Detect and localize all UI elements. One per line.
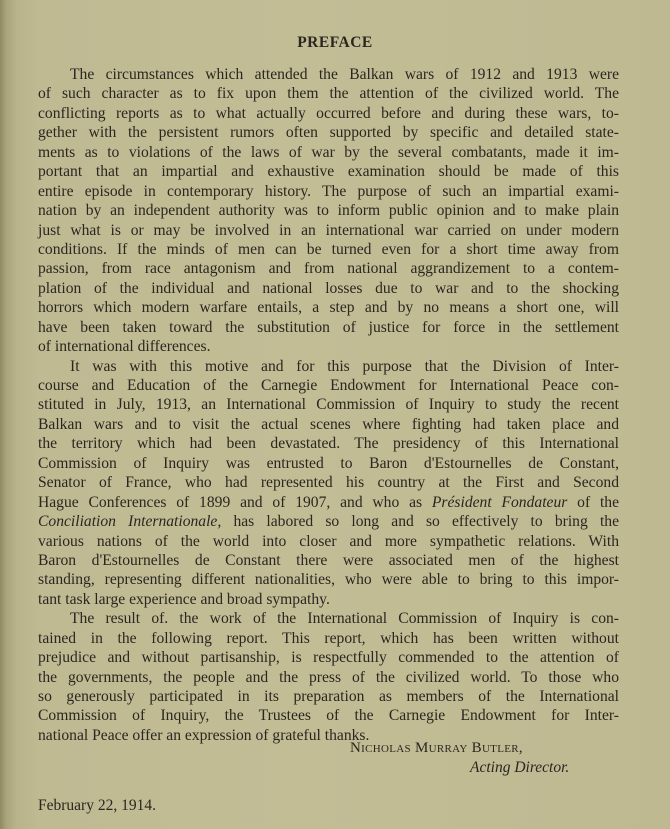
text-line: horrors which modern warfare entails, a … bbox=[38, 298, 619, 317]
text-line: Baron d'Estournelles de Constant there w… bbox=[38, 551, 619, 570]
scanned-page: PREFACE The circumstances which attended… bbox=[0, 0, 670, 829]
text-line: have been taken toward the substitution … bbox=[38, 318, 619, 337]
text-line: national Peace offer an expression of gr… bbox=[38, 726, 619, 745]
text-line: gether with the persistent rumors often … bbox=[38, 123, 619, 142]
text-line: the governments, the people and the pres… bbox=[38, 668, 619, 687]
text-line: Commission of Inquiry was entrusted to B… bbox=[38, 454, 619, 473]
text-line: entire episode in contemporary history. … bbox=[38, 182, 619, 201]
text-line: so generously participated in its prepar… bbox=[38, 687, 619, 706]
text-line: Senator of France, who had represented h… bbox=[38, 473, 619, 492]
text-line: course and Education of the Carnegie End… bbox=[38, 376, 619, 395]
text-line: the territory which had been devastated.… bbox=[38, 434, 619, 453]
text-line: passion, from race antagonism and from n… bbox=[38, 259, 619, 278]
preface-date: February 22, 1914. bbox=[38, 797, 156, 815]
text-line: It was with this motive and for this pur… bbox=[38, 357, 619, 376]
text-line: various nations of the world into closer… bbox=[38, 532, 619, 551]
text-line: of international differences. bbox=[38, 337, 619, 356]
text-line: nation by an independent authority was t… bbox=[38, 201, 619, 220]
page-title: PREFACE bbox=[0, 34, 670, 52]
signature-title: Acting Director. bbox=[470, 759, 569, 777]
text-line: The circumstances which attended the Bal… bbox=[38, 65, 619, 84]
text-line: The result of. the work of the Internati… bbox=[38, 609, 619, 628]
text-line: just what is or may be involved in an in… bbox=[38, 221, 619, 240]
text-line: tained in the following report. This rep… bbox=[38, 629, 619, 648]
signature-name: Nicholas Murray Butler, bbox=[350, 740, 523, 757]
text-line: conditions. If the minds of men can be t… bbox=[38, 240, 619, 259]
text-line: standing, representing different nationa… bbox=[38, 570, 619, 589]
text-line: Balkan wars and to visit the actual scen… bbox=[38, 415, 619, 434]
text-line: Hague Conferences of 1899 and of 1907, a… bbox=[38, 493, 619, 512]
preface-body: The circumstances which attended the Bal… bbox=[38, 65, 619, 745]
text-line: Commission of Inquiry, the Trustees of t… bbox=[38, 706, 619, 725]
text-line: Conciliation Internationale, has labored… bbox=[38, 512, 619, 531]
text-line: conflicting reports as to what actually … bbox=[38, 104, 619, 123]
text-line: prejudice and without partisanship, is r… bbox=[38, 648, 619, 667]
text-line: portant that an impartial and exhaustive… bbox=[38, 162, 619, 181]
text-line: of such character as to fix upon them th… bbox=[38, 84, 619, 103]
text-line: tant task large experience and broad sym… bbox=[38, 590, 619, 609]
text-line: plation of the individual and national l… bbox=[38, 279, 619, 298]
text-line: stituted in July, 1913, an International… bbox=[38, 395, 619, 414]
text-line: ments as to violations of the laws of wa… bbox=[38, 143, 619, 162]
